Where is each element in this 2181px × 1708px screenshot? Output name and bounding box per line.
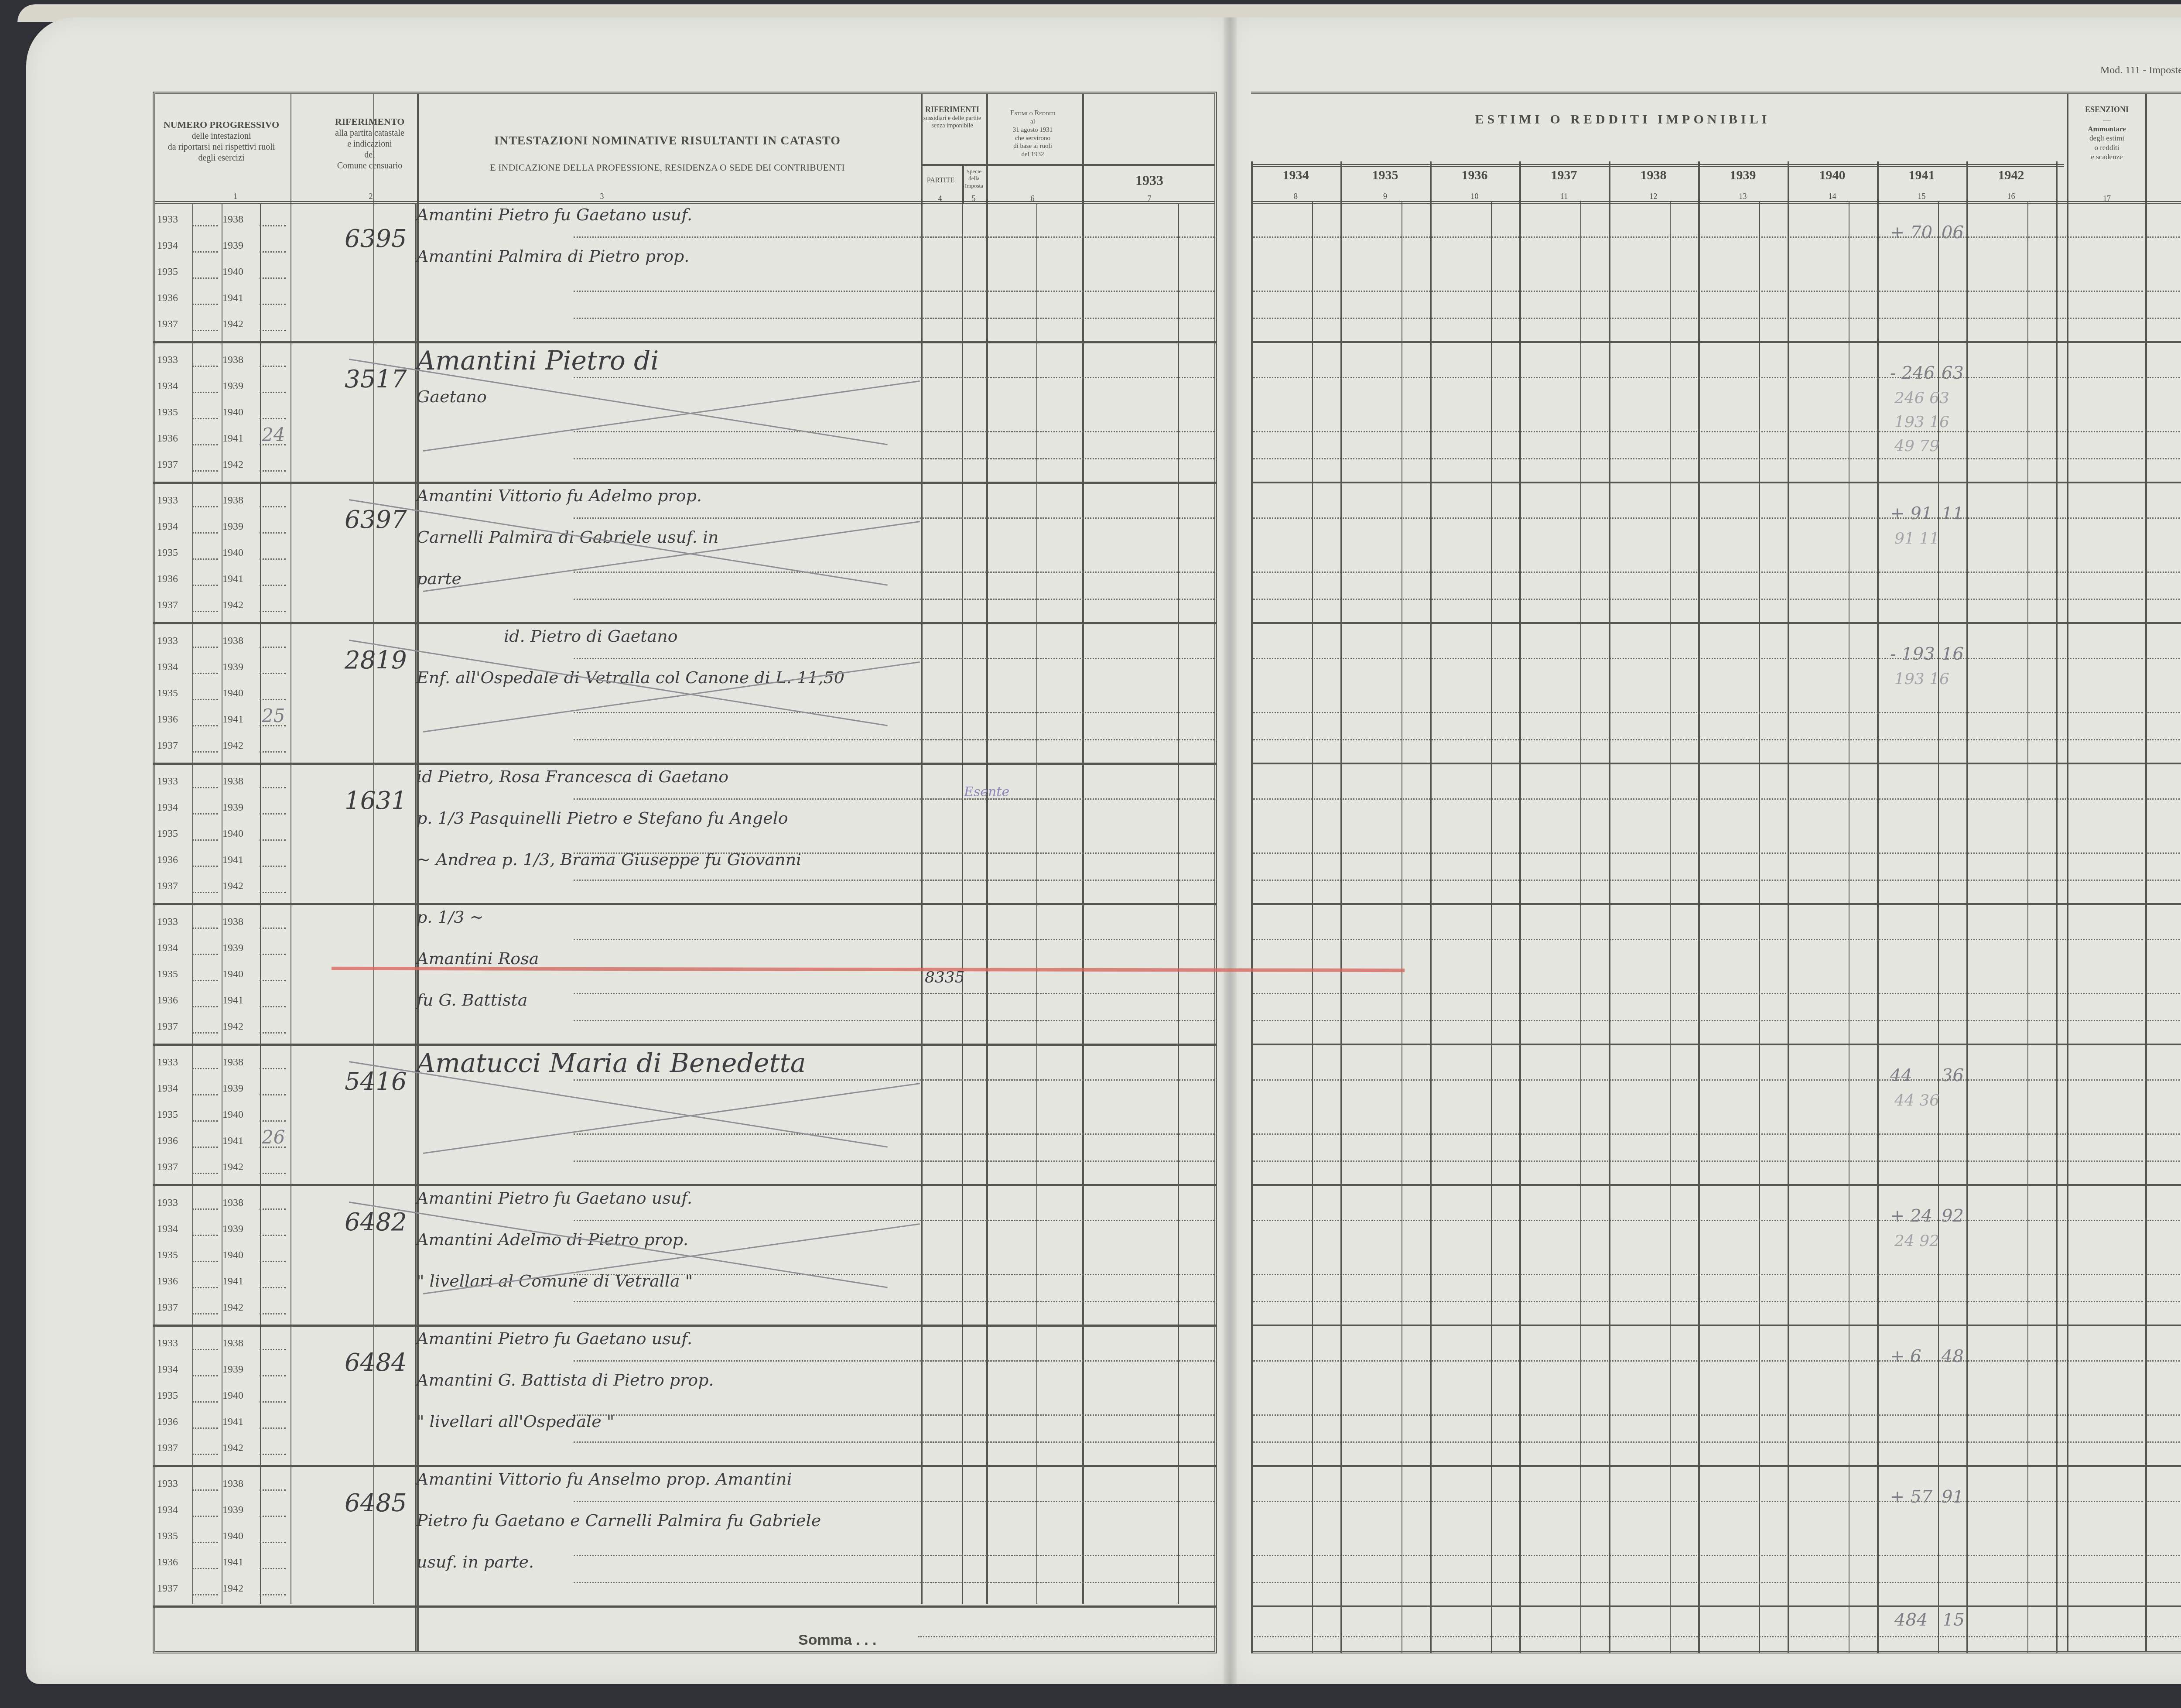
estimi-1941-note: 246 63 [1894, 389, 1949, 407]
year-label: 1936 [157, 1276, 178, 1287]
col1-title: NUMERO PROGRESSIVO [155, 119, 288, 131]
year-label: 1939 [222, 521, 243, 533]
dotted-leader [192, 647, 218, 648]
year-label: 1933 [157, 1057, 178, 1068]
year-label: 1940 [222, 1249, 243, 1261]
owner-name-line: Amantini Palmira di Pietro prop. [417, 246, 689, 266]
year-col-divider [1609, 161, 1610, 1653]
year-header: 1941 [1877, 168, 1966, 183]
year-label: 1940 [222, 407, 243, 418]
year-label: 1934 [157, 942, 178, 954]
year-label: 1936 [157, 292, 178, 304]
row-separator [153, 903, 1217, 905]
year-label: 1942 [222, 599, 243, 611]
year-header: 1934 [1251, 168, 1340, 183]
year-header: 1942 [1966, 168, 2056, 183]
col17-title: ESENZIONI [2068, 105, 2146, 115]
col45-header: RIFERIMENTI sussidiari e delle partite s… [920, 105, 985, 130]
dotted-leader [260, 251, 286, 253]
col-divider [921, 94, 923, 1604]
year-label: 1935 [157, 688, 178, 699]
left-register-table [153, 92, 1217, 1653]
header-bottom-rule [1251, 201, 2181, 204]
year-label: 1939 [222, 1504, 243, 1516]
owner-name-line: Amantini Pietro fu Gaetano usuf. [417, 1188, 692, 1208]
years-top-rule [1251, 164, 2064, 167]
year-label: 1935 [157, 1109, 178, 1121]
col5-line: della [961, 175, 987, 182]
dotted-leader [192, 1349, 218, 1350]
owner-name-line: Amantini Pietro fu Gaetano usuf. [417, 1329, 692, 1348]
year-label: 1934 [157, 1223, 178, 1235]
dotted-leader [192, 251, 218, 253]
col17-dash: — [2068, 115, 2146, 125]
estimi-1941-lire: + 6 [1890, 1346, 1921, 1366]
col17-header: ESENZIONI — Ammontare degli estimi o red… [2068, 105, 2146, 161]
dotted-leader [260, 673, 286, 674]
dotted-leader [260, 954, 286, 955]
dotted-leader [192, 225, 218, 226]
dotted-leader [260, 892, 286, 893]
dotted-leader [192, 1489, 218, 1491]
dotted-leader [260, 470, 286, 472]
estimi-1941-cent: 48 [1942, 1346, 1964, 1366]
year-label: 1938 [222, 1197, 243, 1209]
estimi-1941-lire: + 91 [1890, 503, 1932, 524]
ruled-line [920, 1133, 1217, 1135]
year-label: 1942 [222, 459, 243, 471]
year-label: 1938 [222, 635, 243, 647]
year-label: 1936 [157, 854, 178, 866]
estimi-1941-note: 193 16 [1894, 413, 1949, 431]
col5-line: Specie [961, 168, 987, 175]
year-col-number: 8 [1251, 192, 1340, 201]
year-label: 1937 [157, 1583, 178, 1595]
ruled-line [920, 712, 1217, 713]
estimi-title: ESTIMI O REDDITI IMPONIBILI [1405, 111, 1841, 128]
right-register-table [1251, 92, 2181, 1653]
year-label: 1939 [222, 942, 243, 954]
year-label: 1940 [222, 266, 243, 278]
year-label: 1938 [222, 1338, 243, 1349]
dotted-leader [192, 892, 218, 893]
ruled-line [920, 1301, 1217, 1302]
col1-number: 1 [227, 192, 244, 201]
col5-line: Imposta [961, 182, 987, 189]
year-label: 1941 [222, 854, 243, 866]
col-divider [415, 203, 417, 1651]
col6-line: Estimi o Redditi [986, 109, 1080, 118]
col-divider [2145, 94, 2147, 1651]
dotted-leader [192, 1542, 218, 1543]
dotted-leader [260, 751, 286, 753]
ruled-line [920, 1274, 1217, 1275]
dotted-leader [192, 392, 218, 393]
dotted-leader [192, 277, 218, 279]
year-col-divider [1698, 161, 1700, 1653]
col1-header: NUMERO PROGRESSIVO delle intestazioni da… [155, 119, 288, 164]
partita-number: 1631 [345, 787, 407, 815]
owner-name-line: Amantini G. Battista di Pietro prop. [417, 1370, 714, 1390]
dotted-leader [260, 1489, 286, 1491]
col6-line: di base ai ruoli [986, 142, 1080, 151]
year-label: 1937 [157, 880, 178, 892]
owner-name-line: p. 1/3 Pasquinelli Pietro e Stefano fu A… [417, 808, 788, 828]
col6-line: che servirono [986, 134, 1080, 143]
year-label: 1936 [157, 995, 178, 1006]
partita-number: 6485 [345, 1489, 407, 1517]
year-label: 1933 [157, 916, 178, 928]
col17-line: Ammontare [2068, 124, 2146, 133]
dotted-leader [260, 611, 286, 612]
dotted-leader [260, 1235, 286, 1236]
row-separator [153, 622, 1217, 624]
year-label: 1940 [222, 1390, 243, 1402]
year-label: 1935 [157, 828, 178, 840]
year-label: 1939 [222, 240, 243, 252]
year-label: 1939 [222, 802, 243, 814]
row-separator [153, 482, 1217, 484]
col3-number: 3 [593, 192, 611, 201]
dotted-leader [260, 813, 286, 815]
dotted-leader [260, 585, 286, 586]
partita-number: 5416 [345, 1068, 407, 1096]
dotted-leader [192, 1287, 218, 1288]
year-label: 1942 [222, 1583, 243, 1595]
col4-title: PARTITE [922, 177, 959, 185]
estimi-1941-cent: 16 [1942, 644, 1964, 664]
ruled-line [920, 1360, 1217, 1362]
somma-1941-cent: 15 [1942, 1610, 1965, 1630]
year-label: 1942 [222, 1161, 243, 1173]
dotted-leader [192, 1068, 218, 1069]
year-label: 1939 [222, 1083, 243, 1095]
col17-number: 17 [2098, 194, 2116, 203]
owner-name-line: Amantini Pietro di [417, 346, 659, 376]
progressive-number: 26 [262, 1126, 285, 1148]
somma-label: Somma . . . [798, 1632, 877, 1649]
owner-name-line: Amantini Pietro fu Gaetano usuf. [417, 205, 692, 224]
year-label: 1940 [222, 547, 243, 559]
col2-title: RIFERIMENTO [323, 116, 417, 128]
year-col-divider [1519, 161, 1521, 1653]
year-label: 1933 [157, 1197, 178, 1209]
dotted-leader [260, 392, 286, 393]
year-header: 1936 [1430, 168, 1519, 183]
year-label: 1934 [157, 380, 178, 392]
year-label: 1933 [157, 214, 178, 226]
dotted-leader [260, 839, 286, 841]
owner-name-line: p. 1/3 ~ [417, 907, 484, 927]
year-col-divider [1788, 161, 1789, 1653]
ruled-line [920, 852, 1217, 854]
year-label: 1940 [222, 1109, 243, 1121]
owner-name-line: id Pietro, Rosa Francesca di Gaetano [417, 767, 728, 786]
year-label: 1942 [222, 1021, 243, 1033]
year-label: 1935 [157, 969, 178, 980]
year-label: 1939 [222, 1364, 243, 1376]
dotted-leader [192, 366, 218, 367]
dotted-leader [192, 954, 218, 955]
dotted-leader [192, 1120, 218, 1122]
ruled-line [920, 1220, 1217, 1221]
col6-line: del 1932 [986, 151, 1080, 159]
partite-value: 8335 [925, 969, 965, 986]
dotted-leader [260, 225, 286, 226]
estimi-1941-lire: + 57 [1890, 1487, 1932, 1507]
owner-name-line: Gaetano [417, 387, 487, 406]
dotted-leader [192, 787, 218, 788]
owner-name-line: usuf. in parte. [417, 1552, 534, 1571]
cent-col-divider [1580, 201, 1581, 1653]
dotted-leader [260, 1006, 286, 1007]
year-label: 1933 [157, 354, 178, 366]
year-label: 1939 [222, 661, 243, 673]
year-label: 1937 [157, 1161, 178, 1173]
col5-number: 5 [965, 194, 982, 203]
partita-number: 6395 [345, 225, 407, 253]
year-label: 1938 [222, 776, 243, 787]
dotted-leader [260, 1568, 286, 1569]
year-label: 1934 [157, 661, 178, 673]
progressive-number: 24 [262, 424, 285, 445]
dotted-leader [260, 304, 286, 305]
col2-line: alla partita catastale [323, 128, 417, 139]
ruled-line [920, 458, 1217, 459]
col3-header: INTESTAZIONI NOMINATIVE RISULTANTI IN CA… [419, 133, 916, 174]
col2-line: e indicazioni [323, 139, 417, 150]
year-col-divider [1966, 161, 1968, 1653]
year-label: 1937 [157, 740, 178, 752]
row-separator [153, 1184, 1217, 1186]
dotted-leader [260, 1516, 286, 1517]
year-label: 1933 [157, 495, 178, 507]
partita-number: 3517 [345, 365, 407, 394]
year-label: 1941 [222, 714, 243, 726]
cent-col-divider [1402, 201, 1402, 1653]
dotted-leader [260, 1454, 286, 1455]
dotted-leader [192, 418, 218, 419]
cent-col-divider [1670, 201, 1671, 1653]
year-label: 1935 [157, 1530, 178, 1542]
dotted-leader [260, 1594, 286, 1595]
year-header: 1940 [1788, 168, 1877, 183]
dotted-leader [192, 1454, 218, 1455]
col6-number: 6 [1024, 194, 1041, 203]
cent-col-divider [1759, 201, 1760, 1653]
dotted-leader [192, 1427, 218, 1429]
ruled-line [920, 431, 1217, 432]
dotted-leader [260, 277, 286, 279]
year-col-number: 14 [1788, 192, 1877, 201]
col7-year: 1933 [1082, 172, 1217, 188]
year-header: 1937 [1519, 168, 1609, 183]
dotted-leader [260, 1287, 286, 1288]
cent-col-divider [1491, 201, 1492, 1653]
dotted-leader [260, 1120, 286, 1122]
dotted-leader [260, 1173, 286, 1174]
dotted-leader [192, 866, 218, 867]
dotted-leader [192, 1235, 218, 1236]
progressive-number: 25 [262, 705, 285, 726]
year-label: 1936 [157, 714, 178, 726]
year-label: 1938 [222, 354, 243, 366]
dotted-leader [192, 611, 218, 612]
dotted-leader [192, 1401, 218, 1403]
dotted-leader [260, 1261, 286, 1262]
dotted-leader [192, 470, 218, 472]
col3-subtitle: E INDICAZIONE DELLA PROFESSIONE, RESIDEN… [419, 161, 916, 174]
dotted-leader [260, 366, 286, 367]
dotted-leader [192, 928, 218, 929]
year-label: 1937 [157, 1021, 178, 1033]
dotted-leader [192, 1032, 218, 1034]
year-label: 1941 [222, 995, 243, 1006]
row-separator [153, 1325, 1217, 1327]
dotted-leader [260, 1032, 286, 1034]
col1-line: da riportarsi nei rispettivi ruoli [155, 142, 288, 153]
dotted-leader [192, 558, 218, 560]
ruled-line [920, 739, 1217, 740]
year-label: 1940 [222, 828, 243, 840]
col2-header: RIFERIMENTO alla partita catastale e ind… [323, 116, 417, 171]
dotted-leader [192, 1094, 218, 1095]
year-label: 1936 [157, 1416, 178, 1428]
estimi-1941-cent: 92 [1942, 1206, 1964, 1226]
year-label: 1942 [222, 1302, 243, 1314]
year-label: 1933 [157, 776, 178, 787]
year-label: 1937 [157, 1302, 178, 1314]
year-label: 1940 [222, 969, 243, 980]
year-label: 1935 [157, 1390, 178, 1402]
owner-name-line: Amantini Rosa [417, 949, 539, 968]
year-col-number: 11 [1519, 192, 1609, 201]
year-label: 1941 [222, 292, 243, 304]
partita-number: 6397 [345, 506, 407, 534]
estimi-1941-cent: 06 [1942, 222, 1964, 243]
estimi-1941-lire: + 24 [1890, 1206, 1932, 1226]
dotted-leader [192, 839, 218, 841]
ruled-line [920, 291, 1217, 292]
year-label: 1936 [157, 433, 178, 445]
estimi-1941-lire: + 70 [1890, 222, 1932, 243]
book-gutter [1224, 17, 1237, 1684]
ruled-line [920, 572, 1217, 573]
dotted-leader [192, 813, 218, 815]
dotted-leader [192, 699, 218, 700]
ruled-line [920, 1441, 1217, 1443]
year-label: 1941 [222, 1557, 243, 1568]
year-label: 1941 [222, 573, 243, 585]
year-label: 1934 [157, 1083, 178, 1095]
partita-number: 2819 [345, 646, 407, 674]
dotted-leader [192, 532, 218, 534]
year-label: 1938 [222, 214, 243, 226]
dotted-leader [260, 647, 286, 648]
ruled-line [920, 880, 1217, 881]
dotted-leader [260, 330, 286, 331]
dotted-leader [260, 1349, 286, 1350]
col2-divider [373, 94, 374, 1604]
ruled-line [920, 1501, 1217, 1502]
year-col-divider [1340, 161, 1342, 1653]
owner-name-line: " livellari all'Ospedale " [417, 1412, 614, 1431]
row-separator [153, 1044, 1217, 1046]
row-separator [153, 1605, 1217, 1608]
estimi-1941-note: 24 92 [1894, 1232, 1939, 1250]
dotted-leader [192, 1313, 218, 1314]
ruled-line [920, 318, 1217, 319]
estimi-1941-cent: 11 [1942, 503, 1964, 524]
year-col-number: 13 [1698, 192, 1788, 201]
dotted-leader [260, 1313, 286, 1314]
year-label: 1937 [157, 318, 178, 330]
dotted-leader [192, 506, 218, 507]
ruled-line [920, 599, 1217, 600]
dotted-leader [192, 1375, 218, 1376]
estimi-1941-lire: - 193 [1890, 644, 1935, 664]
dotted-leader [192, 1568, 218, 1569]
col2-line: del [323, 150, 417, 161]
col7-top-split [1082, 164, 1214, 166]
year-label: 1941 [222, 433, 243, 445]
dotted-leader [260, 532, 286, 534]
year-label: 1934 [157, 1364, 178, 1376]
col45-line: sussidiari e delle partite [920, 115, 985, 123]
year-label: 1934 [157, 521, 178, 533]
year-label: 1938 [222, 916, 243, 928]
year-label: 1937 [157, 1442, 178, 1454]
year-col-number: 12 [1609, 192, 1698, 201]
owner-name-line: ~ Andrea p. 1/3, Brama Giuseppe fu Giova… [417, 850, 801, 869]
dotted-leader [192, 585, 218, 586]
partita-number: 6484 [345, 1349, 407, 1377]
col3-title: INTESTAZIONI NOMINATIVE RISULTANTI IN CA… [419, 133, 916, 148]
dotted-leader [192, 1147, 218, 1148]
dotted-leader [260, 1542, 286, 1543]
ruled-line [920, 658, 1217, 659]
year-col-number: 9 [1340, 192, 1430, 201]
dotted-leader [260, 866, 286, 867]
owner-name-line: Amantini Vittorio fu Adelmo prop. [417, 486, 702, 505]
form-model-label: Mod. 111 - Imposte Dirette (Intercalare)… [2100, 65, 2181, 76]
year-header: 1939 [1698, 168, 1788, 183]
estimi-1941-cent: 36 [1942, 1065, 1964, 1085]
year-label: 1933 [157, 635, 178, 647]
col5-header: Specie della Imposta [961, 168, 987, 189]
ruled-line [920, 993, 1217, 994]
dotted-leader [192, 1006, 218, 1007]
dotted-leader [192, 330, 218, 331]
dotted-leader [192, 1261, 218, 1262]
col17-line: e scadenze [2068, 152, 2146, 161]
owner-name-line: Amantini Adelmo di Pietro prop. [417, 1230, 688, 1249]
estimi-1941-cent: 91 [1942, 1487, 1964, 1507]
dotted-leader [260, 1094, 286, 1095]
year-header: 1935 [1340, 168, 1430, 183]
ruled-line [920, 517, 1217, 519]
specie-value: Esente [964, 784, 1009, 800]
dotted-leader [260, 928, 286, 929]
owner-name-line: parte [417, 569, 461, 588]
year-label: 1935 [157, 407, 178, 418]
ruled-line [920, 1582, 1217, 1583]
ruled-line [920, 236, 1217, 238]
year-col-number: 15 [1877, 192, 1966, 201]
dotted-leader [260, 980, 286, 981]
owner-name-line: fu G. Battista [417, 990, 527, 1010]
dotted-leader [192, 1208, 218, 1210]
